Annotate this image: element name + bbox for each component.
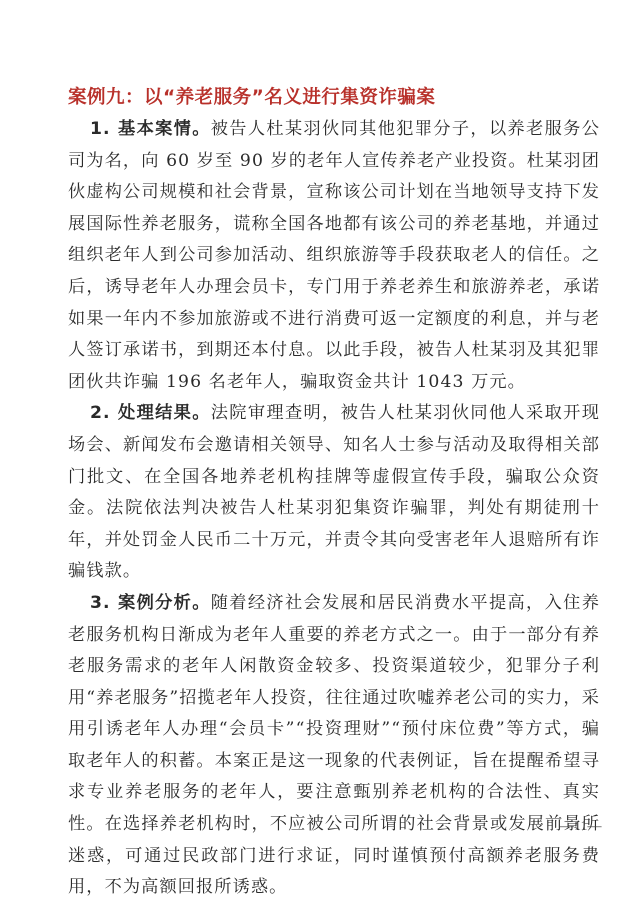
section-heading: 3. 案例分析。 (90, 593, 211, 613)
page-number: —11— (560, 819, 601, 835)
section-body: 被告人杜某羽伙同其他犯罪分子，以养老服务公司为名，向 60 岁至 90 岁的老年… (68, 119, 600, 392)
case-title: 案例九：以“养老服务”名义进行集资诈骗案 (68, 84, 600, 112)
document-page: 案例九：以“养老服务”名义进行集资诈骗案 1. 基本案情。被告人杜某羽伙同其他犯… (68, 84, 600, 904)
section-heading: 1. 基本案情。 (90, 119, 211, 139)
section-ruling: 2. 处理结果。法院审理查明，被告人杜某羽伙同他人采取开现场会、新闻发布会邀请相… (68, 398, 600, 588)
section-heading: 2. 处理结果。 (90, 403, 211, 423)
section-analysis: 3. 案例分析。随着经济社会发展和居民消费水平提高，入住养老服务机构日渐成为老年… (68, 588, 600, 904)
section-body: 随着经济社会发展和居民消费水平提高，入住养老服务机构日渐成为老年人重要的养老方式… (68, 593, 600, 897)
section-basic-facts: 1. 基本案情。被告人杜某羽伙同其他犯罪分子，以养老服务公司为名，向 60 岁至… (68, 114, 600, 398)
section-body: 法院审理查明，被告人杜某羽伙同他人采取开现场会、新闻发布会邀请相关领导、知名人士… (68, 403, 600, 581)
